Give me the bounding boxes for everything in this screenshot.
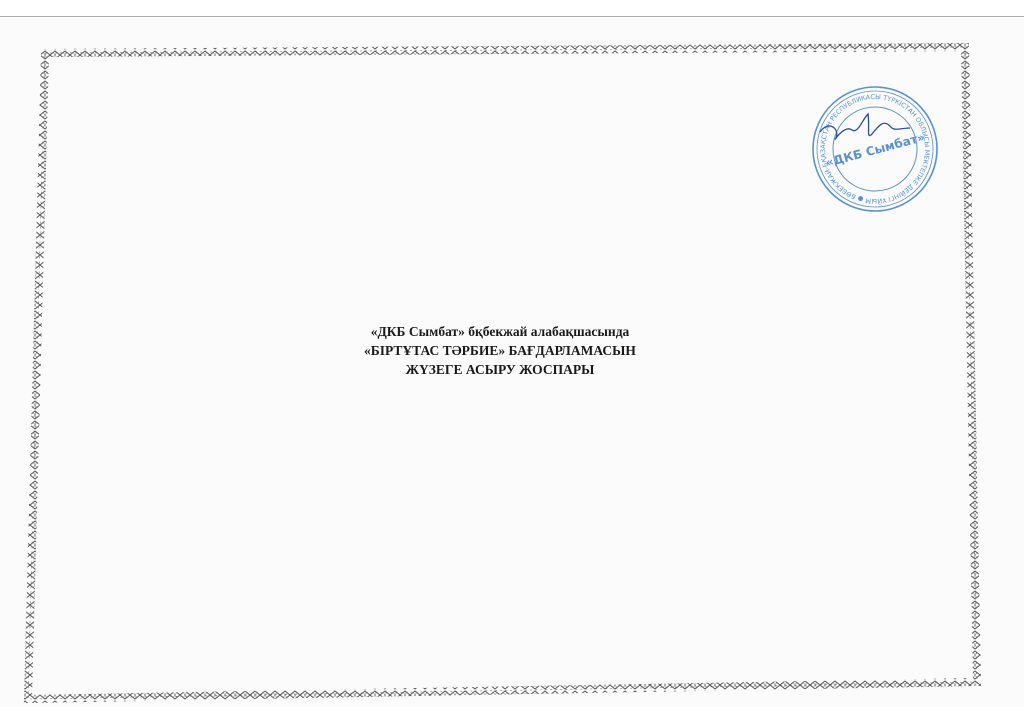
title-line-1: «ДКБ Сымбат» бқбекжай алабақшасында xyxy=(280,322,720,341)
document-title: «ДКБ Сымбат» бқбекжай алабақшасында «БІР… xyxy=(280,322,720,379)
official-stamp: ҚАЗАҚСТАН РЕСПУБЛИКАСЫ ТҮРКІСТАН ОБЛЫСЫ … xyxy=(810,84,940,214)
title-line-2: «БІРТҰТАС ТӘРБИЕ» БАҒДАРЛАМАСЫН xyxy=(280,341,720,360)
stamp-center-text: «ДКБ Сымбат» xyxy=(824,130,926,170)
title-line-3: ЖҮЗЕГЕ АСЫРУ ЖОСПАРЫ xyxy=(280,360,720,379)
